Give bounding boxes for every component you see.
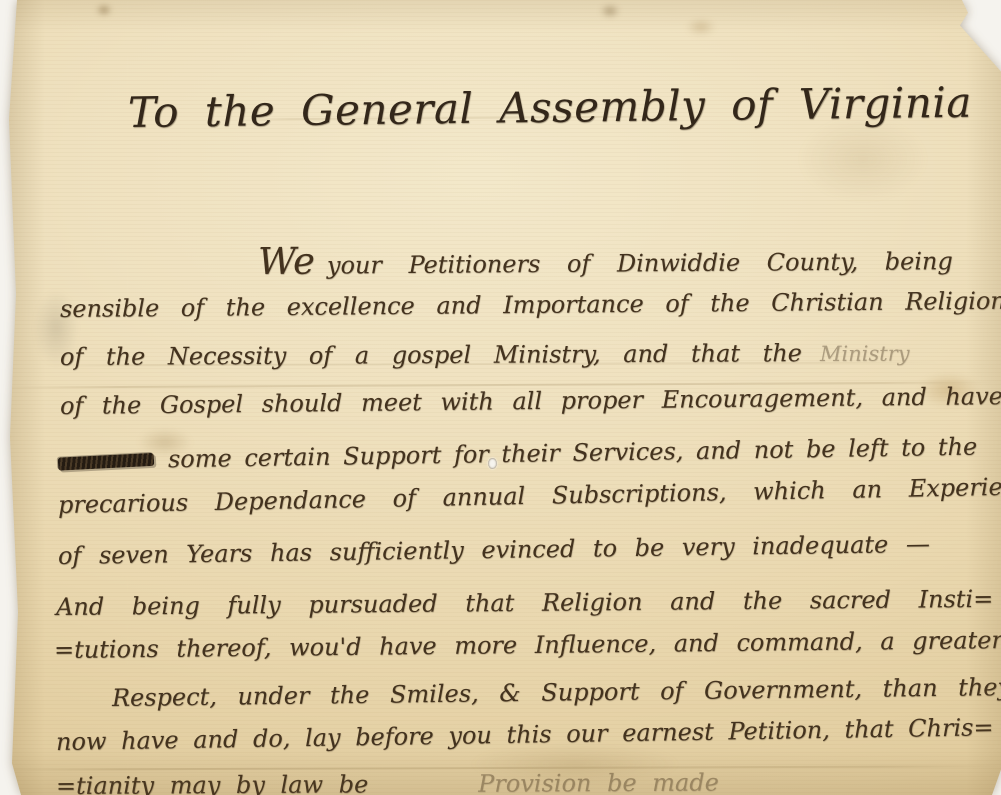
paper-stain bbox=[686, 18, 716, 36]
line-text: =tutions thereof, wou'd have more Influe… bbox=[54, 626, 1001, 664]
manuscript-line: Respect, under the Smiles, & Support of … bbox=[112, 673, 1001, 712]
guide-line bbox=[240, 116, 660, 121]
line-text: Respect, under the Smiles, & Support of … bbox=[112, 673, 1001, 712]
manuscript-line: And being fully pursuaded that Religion … bbox=[56, 585, 993, 621]
line-text: your Petitioners of Dinwiddie County, be… bbox=[327, 247, 953, 279]
paper-stain bbox=[138, 428, 192, 456]
paper-stain bbox=[34, 290, 78, 366]
line-text: of the Necessity of a gospel Ministry, a… bbox=[60, 339, 802, 371]
fold-crease bbox=[0, 765, 1001, 770]
scan-background: To the General Assembly of Virginia Weyo… bbox=[0, 0, 1001, 795]
paper-stain bbox=[918, 372, 980, 408]
line-text: now have and do, lay before you this our… bbox=[56, 713, 994, 756]
manuscript-line: of the Gospel should meet with all prope… bbox=[60, 382, 1001, 420]
manuscript-line: precarious Dependance of annual Subscrip… bbox=[58, 472, 1001, 519]
manuscript-line: =tutions thereof, wou'd have more Influe… bbox=[54, 626, 1001, 664]
line-text: sensible of the excellence and Importanc… bbox=[60, 287, 1001, 323]
guide-line bbox=[40, 361, 940, 366]
document-title: To the General Assembly of Virginia bbox=[128, 78, 972, 137]
paper-stain bbox=[600, 4, 620, 18]
faded-fragment: Provision be made bbox=[478, 769, 719, 795]
manuscript-line: sensible of the excellence and Importanc… bbox=[60, 287, 1001, 323]
manuscript-line: =tianity may by law beProvision be made bbox=[56, 769, 719, 795]
line-text: of the Gospel should meet with all prope… bbox=[60, 382, 1001, 420]
fold-crease bbox=[0, 381, 1001, 388]
line-text: some certain Support for their Services,… bbox=[168, 433, 978, 474]
manuscript-line: of seven Years has sufficiently evinced … bbox=[58, 530, 930, 570]
scratched-out-word-ink-blot bbox=[58, 453, 155, 471]
line-text: of seven Years has sufficiently evinced … bbox=[58, 530, 930, 570]
manuscript-line: of the Necessity of a gospel Ministry, a… bbox=[60, 339, 910, 371]
line-text: precarious Dependance of annual Subscrip… bbox=[58, 472, 1001, 519]
paper-hole bbox=[488, 458, 497, 469]
manuscript-line: Weyour Petitioners of Dinwiddie County, … bbox=[258, 235, 953, 283]
paper-stain bbox=[96, 4, 112, 16]
manuscript-paper-wrap: To the General Assembly of Virginia Weyo… bbox=[0, 0, 1001, 795]
line-text: And being fully pursuaded that Religion … bbox=[56, 585, 993, 621]
manuscript-line: now have and do, lay before you this our… bbox=[56, 713, 994, 756]
manuscript-page: To the General Assembly of Virginia Weyo… bbox=[0, 0, 1001, 795]
faded-word-ministry: Ministry bbox=[820, 342, 910, 366]
paper-stain bbox=[798, 116, 928, 202]
opening-word: We bbox=[258, 240, 315, 283]
paper-stain bbox=[470, 742, 680, 786]
manuscript-line: some certain Support for their Services,… bbox=[58, 433, 978, 475]
line-text: =tianity may by law be bbox=[56, 770, 368, 795]
